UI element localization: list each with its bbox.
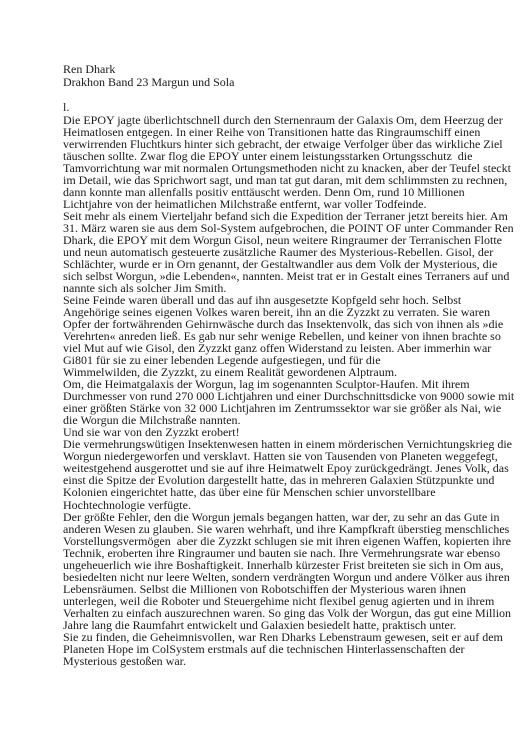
paragraph: Seit mehr als einem Vierteljahr befand s… [63, 210, 503, 294]
paragraph: Om, die Heimatgalaxis der Worgun, lag im… [63, 378, 503, 426]
text-line: Hochtechnologie verfügte. [63, 499, 503, 511]
text-line: ungeheuerlich wie ihre Boshaftigkeit. In… [63, 559, 503, 571]
blank-line [63, 89, 503, 101]
text-line: Kolonien eingerichtet hatte, das über ei… [63, 486, 503, 498]
document-page: Ren Dhark Drakhon Band 23 Margun und Sol… [0, 0, 530, 751]
text-line: Lebensräumen. Selbst die Millionen von R… [63, 583, 503, 595]
book-title: Drakhon Band 23 Margun und Sola [63, 76, 503, 89]
paragraph: Sie zu finden, die Geheimnisvollen, war … [63, 631, 503, 667]
text-line: Planeten Hope im ColSystem erstmals auf … [63, 643, 503, 655]
paragraph: Der größte Fehler, den die Worgun jemals… [63, 511, 503, 631]
paragraph: Die vermehrungswütigen Insektenwesen hat… [63, 438, 503, 510]
text-line: Mysterious gestoßen war. [63, 655, 503, 667]
text-line: Vorstellungsvermögen aber die Zyzzkt sch… [63, 535, 503, 547]
text-line: Sie zu finden, die Geheimnisvollen, war … [63, 631, 503, 643]
text-line: Der größte Fehler, den die Worgun jemals… [63, 511, 503, 523]
text-line: Technik, eroberten ihre Ringraumer und b… [63, 547, 503, 559]
text-line: anderen Wesen zu glauben. Sie waren wehr… [63, 523, 503, 535]
paragraph: Seine Feinde waren überall und das auf i… [63, 294, 503, 378]
paragraph: Die EPOY jagte überlichtschnell durch de… [63, 114, 503, 210]
chapter-text: Die EPOY jagte überlichtschnell durch de… [63, 114, 503, 667]
text-line: Verhalten zu einfach auszurechnen waren.… [63, 607, 503, 619]
text-line: unterlegen, weil die Roboter und Steuerg… [63, 595, 503, 607]
document-body: Ren Dhark Drakhon Band 23 Margun und Sol… [63, 63, 503, 667]
text-line: Jahre lang die Raumfahrt entwickelt und … [63, 619, 503, 631]
text-line: besiedelten nicht nur leere Welten, sond… [63, 571, 503, 583]
